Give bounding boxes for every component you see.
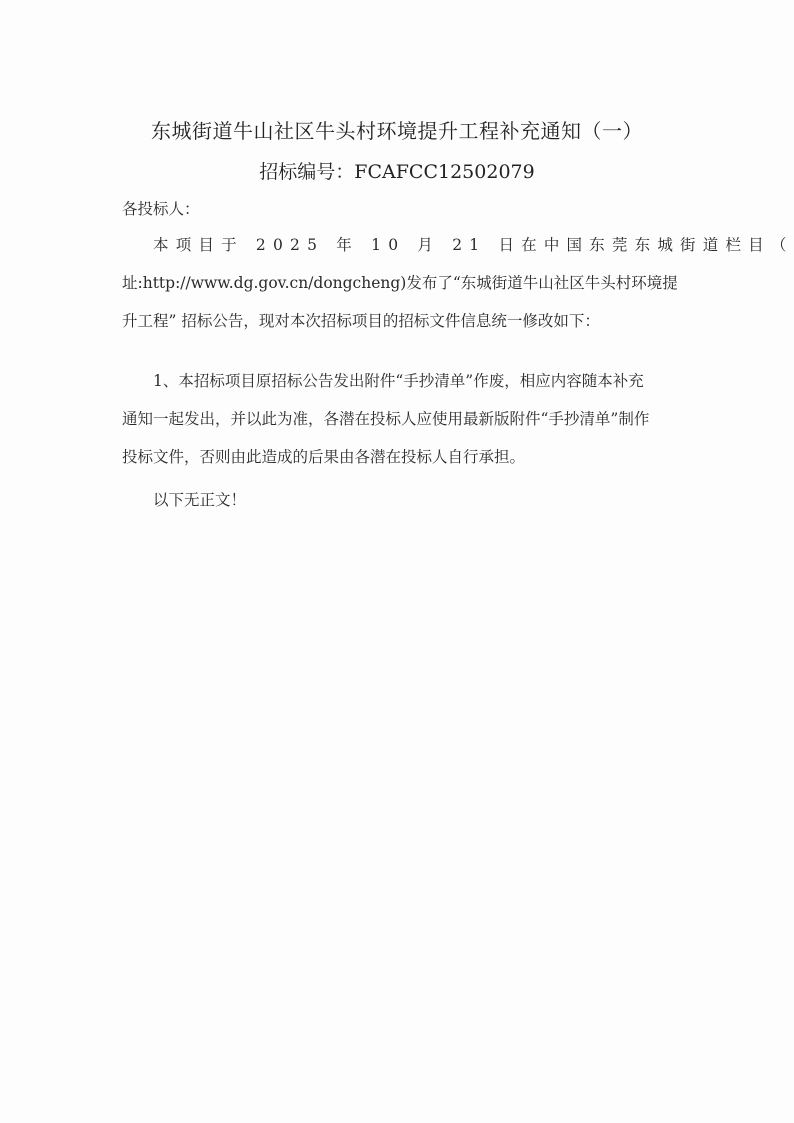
paragraph-line: 投标文件，否则由此造成的后果由各潜在投标人自行承担。: [122, 438, 672, 476]
bid-number-label: 招标编号：: [259, 161, 354, 183]
bid-number: 招标编号：FCAFCC12502079: [0, 159, 794, 185]
paragraph-line: 通知一起发出，并以此为准，各潜在投标人应使用最新版附件“手抄清单”制作: [122, 400, 672, 438]
paragraph-line: 升工程” 招标公告，现对本次招标项目的招标文件信息统一修改如下：: [122, 302, 672, 340]
bid-number-value: FCAFCC12502079: [354, 161, 534, 183]
paragraph-line: 址:http://www.dg.gov.cn/dongcheng)发布了“东城街…: [122, 264, 672, 302]
closing-line: 以下无正文！: [122, 481, 672, 519]
paragraph-item-1: 1、本招标项目原招标公告发出附件“手抄清单”作废，相应内容随本补充 通知一起发出…: [122, 362, 672, 476]
closing-text: 以下无正文！: [122, 481, 672, 519]
salutation: 各投标人：: [122, 198, 200, 220]
paragraph-line: 本项目于 2025 年 10 月 21 日在中国东莞东城街道栏目（网: [122, 226, 672, 264]
document-page: 东城街道牛山社区牛头村环境提升工程补充通知（一） 招标编号：FCAFCC1250…: [0, 0, 794, 1123]
paragraph-line: 1、本招标项目原招标公告发出附件“手抄清单”作废，相应内容随本补充: [122, 362, 672, 400]
document-title: 东城街道牛山社区牛头村环境提升工程补充通知（一）: [0, 117, 794, 145]
paragraph-announcement: 本项目于 2025 年 10 月 21 日在中国东莞东城街道栏目（网 址:htt…: [122, 226, 672, 340]
